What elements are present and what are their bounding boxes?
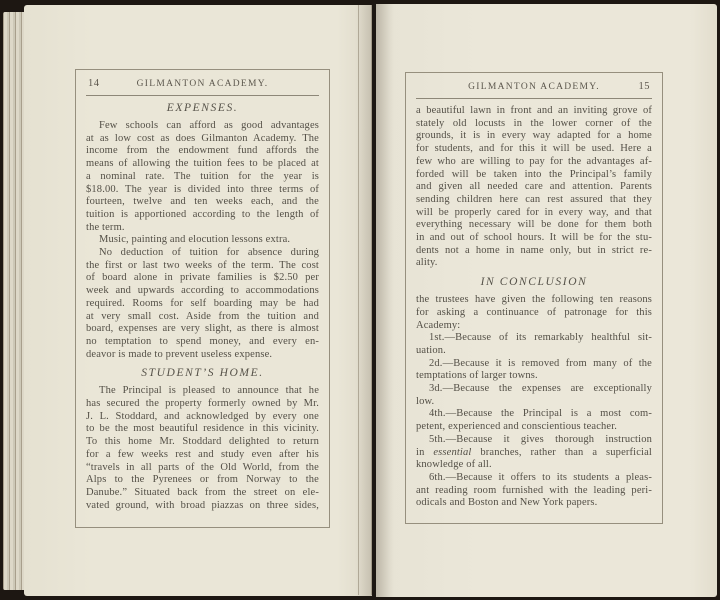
text-line: no temptation to spend money, and every …: [86, 336, 319, 349]
text-line: a nominal rate. The tuition for the year…: [86, 171, 319, 184]
text-line: J. L. Stoddard, and acknowledged by ever…: [86, 411, 319, 424]
left-page-content: EXPENSES.Few schools can afford as good …: [86, 102, 319, 512]
section-heading: EXPENSES.: [86, 102, 319, 114]
text-line: knowledge of all.: [416, 459, 652, 472]
text-line: vated ground, with broad piazzas on thre…: [86, 500, 319, 513]
text-line: dents not a home in name only, but in st…: [416, 245, 652, 258]
left-page: 14 GILMANTON ACADEMY. EXPENSES.Few schoo…: [24, 5, 372, 596]
left-page-header: 14 GILMANTON ACADEMY.: [86, 78, 319, 92]
text-line: petent, experienced and conscientious te…: [416, 421, 652, 434]
text-line: odicals and Boston and New York papers.: [416, 497, 652, 510]
text-line: the first or last two weeks of the term.…: [86, 260, 319, 273]
text-line: will be properly cared for in every way,…: [416, 207, 652, 220]
gutter-fold-line: [371, 5, 372, 595]
text-line: grounds, it is in every way adapted for …: [416, 130, 652, 143]
right-page-content: a beautiful lawn in front and an invitin…: [416, 105, 652, 510]
text-line: Danube.” Situated back from the street o…: [86, 487, 319, 500]
right-page-header: GILMANTON ACADEMY. 15: [416, 81, 652, 95]
text-line: sending children here can rest assured t…: [416, 194, 652, 207]
paragraph: 1st.—Because of its remarkably healthful…: [416, 332, 652, 357]
text-line: low.: [416, 396, 652, 409]
paragraph: 6th.—Because it offers to its students a…: [416, 472, 652, 510]
text-line: means of allowing the tuition fees to be…: [86, 158, 319, 171]
text-line: and given all needed care and attention.…: [416, 181, 652, 194]
section-heading: STUDENT’S HOME.: [86, 367, 319, 379]
text-line: 1st.—Because of its remarkably healthful…: [416, 332, 652, 345]
text-line: Music, painting and elocution lessons ex…: [86, 234, 319, 247]
paragraph: Music, painting and elocution lessons ex…: [86, 234, 319, 247]
text-line: has secured the property formerly owned …: [86, 398, 319, 411]
text-line: 2d.—Because it is removed from many of t…: [416, 358, 652, 371]
text-line: 5th.—Because it gives thorough instructi…: [416, 434, 652, 447]
header-rule: [416, 98, 652, 99]
text-line: Academy:: [416, 320, 652, 333]
section-heading: IN CONCLUSION: [416, 276, 652, 288]
text-line: Alps to the Pyrenees or from Norway to t…: [86, 474, 319, 487]
paragraph: 3d.—Because the expenses are exceptional…: [416, 383, 652, 408]
text-line: fourteen, twelve and ten weeks each, and…: [86, 196, 319, 209]
text-line: for asking a continuance of patronage fo…: [416, 307, 652, 320]
text-line: the trustees have given the following te…: [416, 294, 652, 307]
text-line: for a few weeks rest and study even afte…: [86, 449, 319, 462]
running-header: GILMANTON ACADEMY.: [86, 79, 319, 89]
text-line: at as low cost as does Gilmanton Academy…: [86, 133, 319, 146]
text-line: To this home Mr. Stoddard delighted to r…: [86, 436, 319, 449]
text-line: No deduction of tuition for absence duri…: [86, 247, 319, 260]
text-line: required. Rooms for self boarding may be…: [86, 298, 319, 311]
paragraph: 2d.—Because it is removed from many of t…: [416, 358, 652, 383]
text-line: The Principal is pleased to announce tha…: [86, 385, 319, 398]
text-line: to be the most beautiful residence in th…: [86, 423, 319, 436]
text-line: ant reading room furnished with the lead…: [416, 485, 652, 498]
text-line: “travels in all parts of the Old World, …: [86, 462, 319, 475]
text-line: ality.: [416, 257, 652, 270]
left-page-frame: 14 GILMANTON ACADEMY. EXPENSES.Few schoo…: [75, 69, 330, 528]
paragraph: 5th.—Because it gives thorough instructi…: [416, 434, 652, 472]
page-number: 15: [639, 81, 651, 92]
paragraph: 4th.—Because the Principal is a most com…: [416, 408, 652, 433]
text-line: $18.00. The year is divided into three t…: [86, 184, 319, 197]
text-line: forded will be taken into the Principal’…: [416, 169, 652, 182]
text-line: few who are willing to pay for the advan…: [416, 156, 652, 169]
text-line: a beautiful lawn in front and an invitin…: [416, 105, 652, 118]
text-line: tuition is apportioned according to the …: [86, 209, 319, 222]
text-line: week and upwards according to accommodat…: [86, 285, 319, 298]
text-line: Few schools can afford as good advantage…: [86, 120, 319, 133]
text-line: temptations of larger towns.: [416, 370, 652, 383]
text-line: at very small cost. Aside from the tuiti…: [86, 311, 319, 324]
text-line: 6th.—Because it offers to its students a…: [416, 472, 652, 485]
paragraph: No deduction of tuition for absence duri…: [86, 247, 319, 361]
right-page-frame: GILMANTON ACADEMY. 15 a beautiful lawn i…: [405, 72, 663, 524]
right-page: GILMANTON ACADEMY. 15 a beautiful lawn i…: [376, 4, 717, 597]
header-rule: [86, 95, 319, 96]
paragraph: the trustees have given the following te…: [416, 294, 652, 332]
text-line: of board alone in private families is $2…: [86, 272, 319, 285]
text-line: the term.: [86, 222, 319, 235]
text-line: for students, and for this it will be us…: [416, 143, 652, 156]
text-line: deavor is made to prevent useless expens…: [86, 349, 319, 362]
paragraph: The Principal is pleased to announce tha…: [86, 385, 319, 512]
gutter-fold-line: [358, 5, 359, 595]
text-line: everything necessary will be done for th…: [416, 219, 652, 232]
paragraph: a beautiful lawn in front and an invitin…: [416, 105, 652, 270]
text-line: uation.: [416, 345, 652, 358]
text-line: stately old locusts in the lower corner …: [416, 118, 652, 131]
text-line: 4th.—Because the Principal is a most com…: [416, 408, 652, 421]
paragraph: Few schools can afford as good advantage…: [86, 120, 319, 234]
text-line: 3d.—Because the expenses are exceptional…: [416, 383, 652, 396]
text-line: income from the endowment fund affords t…: [86, 145, 319, 158]
text-line: in essential branches, rather than a sup…: [416, 447, 652, 460]
running-header: GILMANTON ACADEMY.: [416, 82, 652, 92]
text-line: in and out of school hours. It will be f…: [416, 232, 652, 245]
text-line: board, expenses are very slight, as ther…: [86, 323, 319, 336]
